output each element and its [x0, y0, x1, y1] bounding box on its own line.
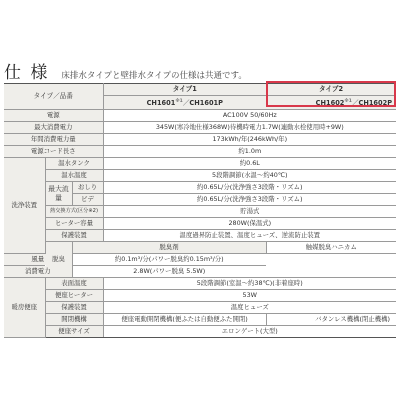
- row-value: AC100V 50/60Hz: [103, 110, 396, 122]
- row-value: 貯湯式: [103, 206, 396, 218]
- footnote-mark: ※1: [175, 99, 183, 104]
- page-title: 仕 様: [4, 58, 49, 83]
- row-value: エロンゲート(大型): [103, 326, 396, 338]
- table-row: 暖房便座 表面温度 5段階調節(室温～約38℃)(非着座時): [4, 278, 396, 290]
- page-heading: 仕 様 床排水タイプと壁排水タイプの仕様は共通です。: [4, 58, 247, 83]
- table-row: 保護装置 温度過昇防止装置、温度ヒューズ、逆流防止装置: [4, 230, 396, 242]
- row-value: 約0.1m³/分(パワー脱臭約0.15m³/分): [72, 254, 266, 266]
- table-row: 便座ヒーター 53W: [4, 290, 396, 302]
- row-label: 脱臭剤: [72, 242, 266, 254]
- row-value: 173kWh/年(246kWh/年): [103, 134, 396, 146]
- row-value: 触媒脱臭ハニカム: [266, 242, 396, 254]
- table-row: 年間消費電力量 173kWh/年(246kWh/年): [4, 134, 396, 146]
- spec-table: タイプ／品番 タイプ1 タイプ2 CH1601※1／CH1601P CH1602…: [4, 83, 396, 338]
- table-row: 便座サイズ エロンゲート(大型): [4, 326, 396, 338]
- type2-models: CH1602※1／CH1602P: [266, 96, 396, 110]
- table-row: 熱交換方式(区分※2) 貯湯式: [4, 206, 396, 218]
- row-value: 約0.65L/分(洗浄強さ3段階・リズム): [103, 194, 396, 206]
- row-label: 熱交換方式(区分※2): [45, 206, 103, 218]
- type2-header: タイプ2: [266, 84, 396, 96]
- row-label: ヒーター容量: [45, 218, 103, 230]
- table-row: 洗浄装置 温水タンク 約0.6L: [4, 158, 396, 170]
- row-value: 53W: [103, 290, 396, 302]
- type-model-header: タイプ／品番: [4, 84, 103, 110]
- row-value: 2.8W(パワー脱臭 5.5W): [72, 266, 266, 278]
- row-label: おしり: [72, 182, 103, 194]
- table-header-row: タイプ／品番 タイプ1 タイプ2: [4, 84, 396, 96]
- row-label: 表面温度: [45, 278, 103, 290]
- row-value: 5段階調節(水温～約40℃): [103, 170, 396, 182]
- table-row: 最大消費電力 345W(寒冷地仕様368W)待機時電力1.7W(連動水栓使用時+…: [4, 122, 396, 134]
- row-label: 便座サイズ: [45, 326, 103, 338]
- table-row: 電源コード長さ 約1.0m: [4, 146, 396, 158]
- row-label: 温水タンク: [45, 158, 103, 170]
- row-label: 電源: [4, 110, 103, 122]
- table-row: 保護装置 温度ヒューズ: [4, 302, 396, 314]
- row-label: 電源コード長さ: [4, 146, 103, 158]
- row-label: 最大消費電力: [4, 122, 103, 134]
- type1-header: タイプ1: [103, 84, 266, 96]
- type1-models: CH1601※1／CH1601P: [103, 96, 266, 110]
- row-label: 便座ヒーター: [45, 290, 103, 302]
- group-label-heated-seat: 暖房便座: [4, 278, 45, 338]
- model-code: CH1602: [316, 99, 345, 107]
- table-row: 温水温度 5段階調節(水温～約40℃): [4, 170, 396, 182]
- row-label: ビデ: [72, 194, 103, 206]
- table-row: 電源 AC100V 50/60Hz: [4, 110, 396, 122]
- table-row: 開閉機構 便座電動開閉機構(便ふたは自動便ふた開閉) バタンレス機構(閉止機構): [4, 314, 396, 326]
- row-value: 約0.65L/分(洗浄強さ3段階・リズム): [103, 182, 396, 194]
- table-row: ヒーター容量 280W(保温式): [4, 218, 396, 230]
- row-value: 温度過昇防止装置、温度ヒューズ、逆流防止装置: [103, 230, 396, 242]
- row-value: 温度ヒューズ: [103, 302, 396, 314]
- row-value-type2: バタンレス機構(閉止機構): [266, 314, 396, 326]
- table-row: 脱臭 脱臭剤 触媒脱臭ハニカム: [4, 242, 396, 254]
- model-code: CH1602P: [358, 99, 392, 107]
- page-subtitle: 床排水タイプと壁排水タイプの仕様は共通です。: [61, 69, 246, 81]
- row-value-type1: 便座電動開閉機構(便ふたは自動便ふた開閉): [103, 314, 266, 326]
- row-value: 5段階調節(室温～約38℃)(非着座時): [103, 278, 396, 290]
- max-flow-label: 最大流量: [45, 182, 72, 206]
- group-label-washing: 洗浄装置: [4, 158, 45, 254]
- model-code: CH1601P: [189, 99, 223, 107]
- table-row: 最大流量 おしり 約0.65L/分(洗浄強さ3段階・リズム): [4, 182, 396, 194]
- row-label: 保護装置: [45, 230, 103, 242]
- row-value: 約0.6L: [103, 158, 396, 170]
- row-label: 年間消費電力量: [4, 134, 103, 146]
- footnote-mark: ※1: [344, 99, 352, 104]
- row-value: 345W(寒冷地仕様368W)待機時電力1.7W(連動水栓使用時+9W): [103, 122, 396, 134]
- row-label: 開閉機構: [45, 314, 103, 326]
- row-label: 保護装置: [45, 302, 103, 314]
- row-label: 温水温度: [45, 170, 103, 182]
- row-value: 280W(保温式): [103, 218, 396, 230]
- row-label: 消費電力: [4, 266, 72, 278]
- row-value: 約1.0m: [103, 146, 396, 158]
- model-code: CH1601: [147, 99, 176, 107]
- table-row: 消費電力 2.8W(パワー脱臭 5.5W): [4, 266, 396, 278]
